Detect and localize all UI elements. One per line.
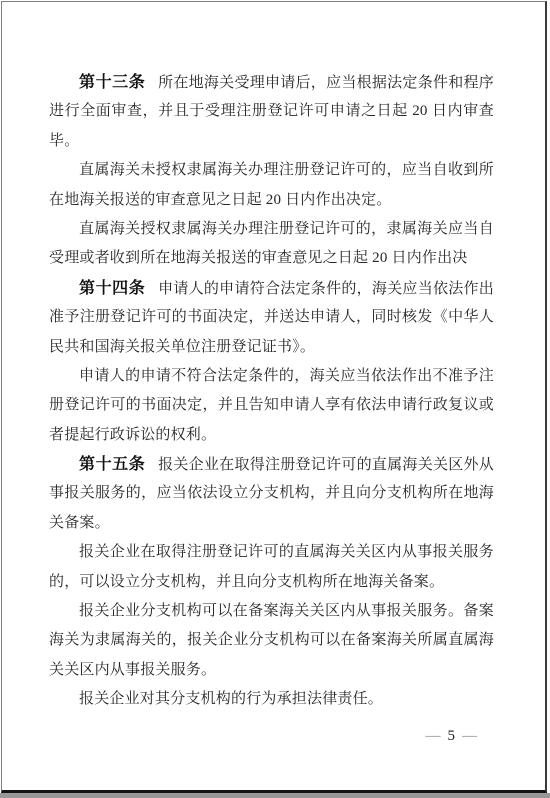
- text-line: 进行全面审查，并且于受理注册登记许可申请之日起 20 日内审查完: [49, 97, 494, 126]
- text-line: 报关企业在取得注册登记许可的直属海关关区内从事报关服务: [49, 538, 494, 567]
- text-line: 直属海关授权隶属海关办理注册登记许可的，隶属海关应当自: [49, 215, 494, 244]
- text-line: 报关企业对其分支机构的行为承担法律责任。: [49, 685, 494, 714]
- text-line: 海关为隶属海关的，报关企业分支机构可以在备案海关所属直属海: [49, 626, 494, 655]
- footer-dash-left: —: [426, 728, 441, 744]
- text-line: 册登记许可的书面决定，并且告知申请人享有依法申请行政复议或: [49, 391, 494, 420]
- text-line: 报关企业分支机构可以在备案海关关区内从事报关服务。备案: [49, 597, 494, 626]
- article-heading-line: 第十五条报关企业在取得注册登记许可的直属海关关区外从: [49, 450, 494, 479]
- text-line: 在地海关报送的审查意见之日起 20 日内作出决定。: [49, 186, 494, 215]
- text-line: 民共和国海关报关单位注册登记证书》。: [49, 333, 494, 362]
- article-number: 第十五条: [79, 456, 145, 473]
- text-line: 受理或者收到所在地海关报送的审查意见之日起 20 日内作出决定。: [49, 244, 494, 273]
- text-line: 准予注册登记许可的书面决定，并送达申请人，同时核发《中华人: [49, 303, 494, 332]
- text-line: 直属海关未授权隶属海关办理注册登记许可的，应当自收到所: [49, 156, 494, 185]
- page-footer: —5—: [426, 728, 478, 745]
- page-number: 5: [448, 728, 456, 744]
- document-page: 第十三条所在地海关受理申请后，应当根据法定条件和程序进行全面审查，并且于受理注册…: [1, 1, 547, 793]
- text-line: 申请人的申请不符合法定条件的，海关应当依法作出不准予注: [49, 362, 494, 391]
- document-body: 第十三条所在地海关受理申请后，应当根据法定条件和程序进行全面审查，并且于受理注册…: [49, 68, 494, 715]
- text-line: 关关区内从事报关服务。: [49, 656, 494, 685]
- text-line: 的，可以设立分支机构，并且向分支机构所在地海关备案。: [49, 568, 494, 597]
- article-heading-line: 第十三条所在地海关受理申请后，应当根据法定条件和程序: [49, 68, 494, 97]
- footer-dash-right: —: [462, 728, 477, 744]
- text-line: 事报关服务的，应当依法设立分支机构，并且向分支机构所在地海: [49, 479, 494, 508]
- text-line: 毕。: [49, 127, 494, 156]
- article-number: 第十三条: [79, 74, 145, 91]
- page-bottom-shadow: [0, 793, 550, 798]
- article-number: 第十四条: [79, 280, 145, 297]
- text-line: 者提起行政诉讼的权利。: [49, 421, 494, 450]
- article-heading-line: 第十四条申请人的申请符合法定条件的，海关应当依法作出: [49, 274, 494, 303]
- text-line: 关备案。: [49, 509, 494, 538]
